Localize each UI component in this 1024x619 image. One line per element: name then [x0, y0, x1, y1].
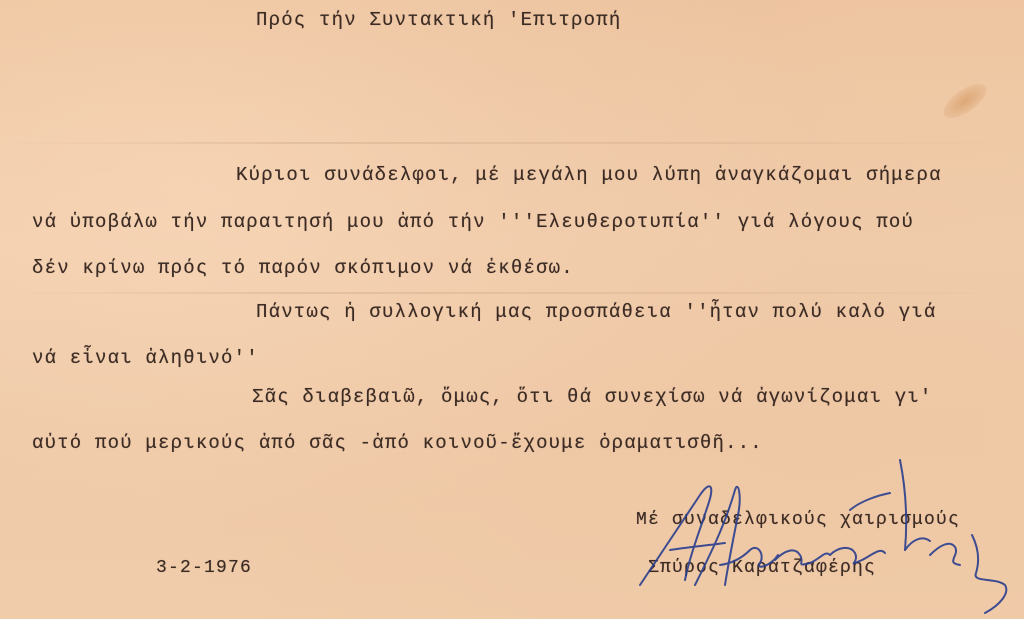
body-line: νά ὑποβάλω τήν παραιτησή μου ἀπό τήν '''…: [32, 210, 914, 234]
body-line: Σᾶς διαβεβαιῶ, ὅμως, ὅτι θά συνεχίσω νά …: [252, 385, 933, 409]
letter-date: 3-2-1976: [156, 556, 252, 580]
body-line: δέν κρίνω πρός τό παρόν σκόπιμον νά ἐκθέ…: [32, 256, 574, 280]
signatory-name: Σπύρος Καρατζαφέρης: [648, 556, 876, 580]
body-line: νά εἶναι ἀληθινό'': [32, 346, 259, 370]
body-line: Πάντως ἡ συλλογική μας προσπάθεια ''ἦταν…: [256, 300, 937, 324]
paper-fold-line: [0, 142, 1024, 144]
letter-heading: Πρός τήν Συντακτική 'Επιτροπή: [256, 8, 621, 32]
body-line: αὐτό πού μερικούς ἀπό σᾶς -ἀπό κοινοῦ-ἔχ…: [32, 431, 763, 455]
closing-salutation: Μέ συναδελφικούς χαιρισμούς: [636, 508, 960, 532]
paper-fold-line: [0, 292, 1024, 294]
body-line: Κύριοι συνάδελφοι, μέ μεγάλη μου λύπη ἀν…: [236, 163, 942, 187]
handwritten-signature: [600, 455, 1024, 619]
paper-stain: [938, 78, 992, 125]
